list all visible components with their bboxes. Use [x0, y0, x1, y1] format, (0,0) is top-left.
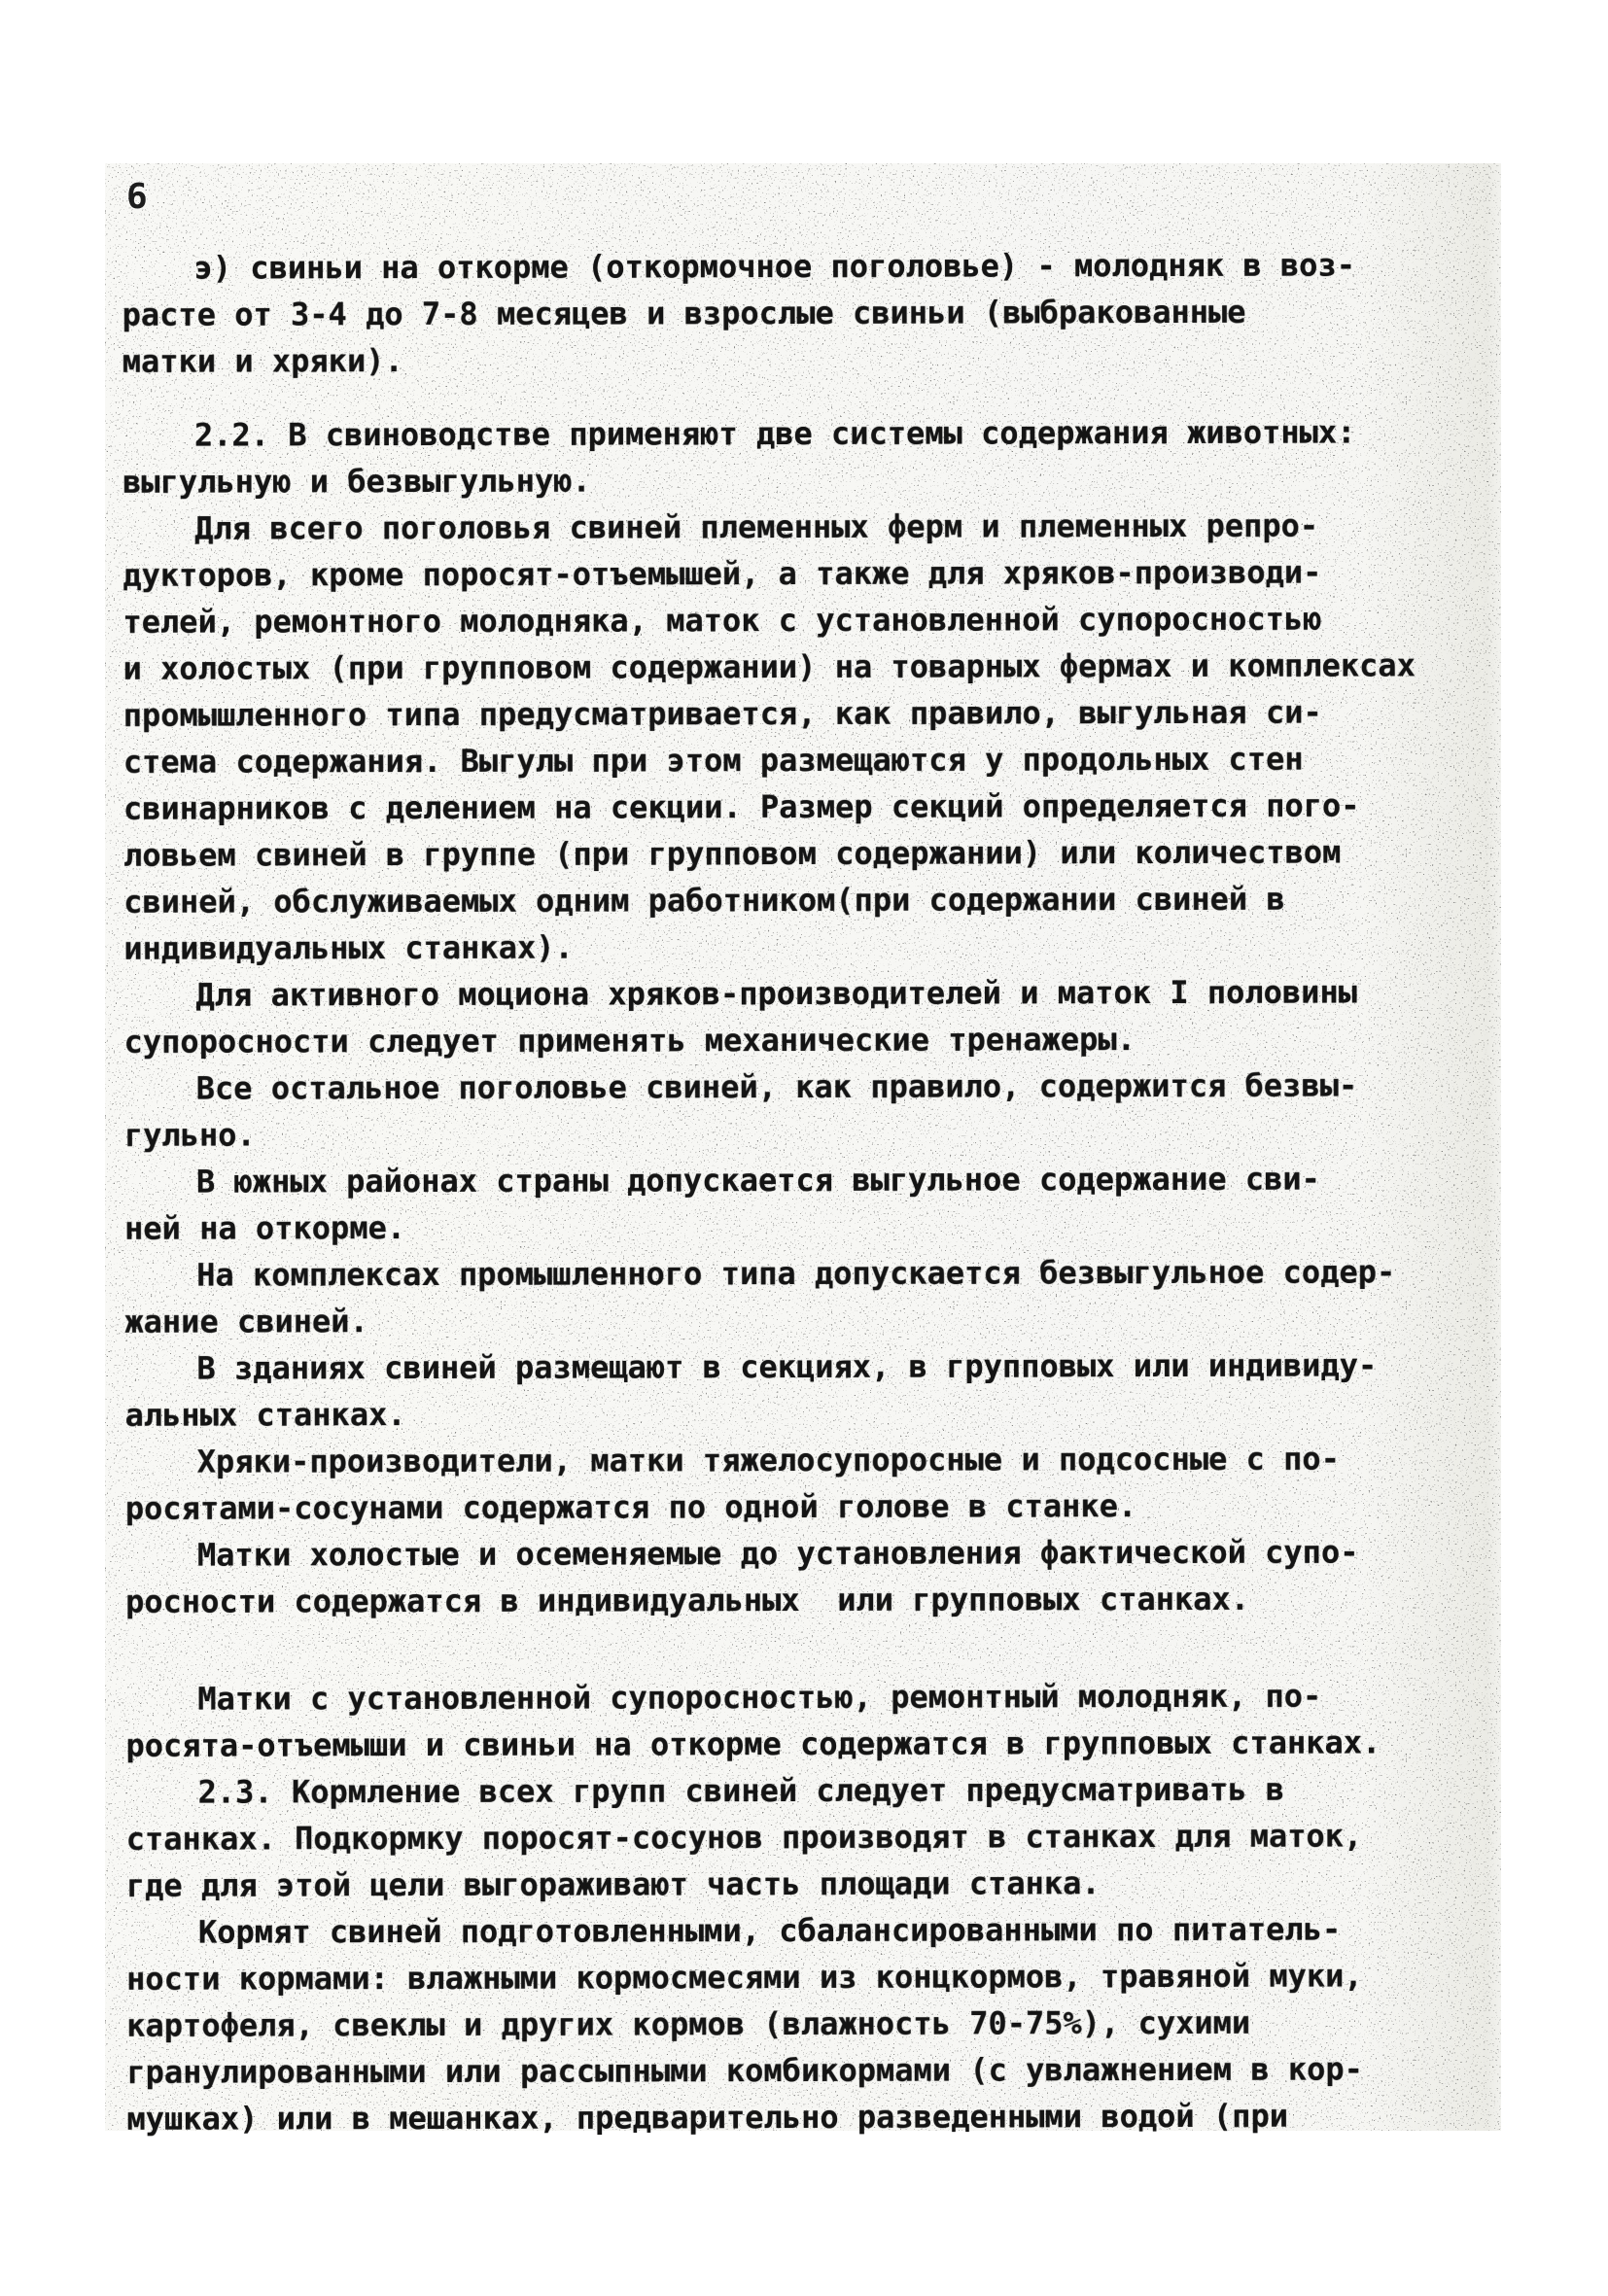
text-line: промышленного типа предусматривается, ка…	[123, 688, 1465, 739]
page-number: 6	[126, 177, 148, 217]
text-line: В зданиях свиней размещают в секциях, в …	[124, 1341, 1466, 1392]
text-line: росности содержатся в индивидуальных или…	[125, 1575, 1467, 1625]
paragraph: Для всего поголовья свиней племенных фер…	[122, 502, 1465, 972]
text-line: Все остальное поголовье свиней, как прав…	[124, 1061, 1466, 1112]
text-line: выгульную и безвыгульную.	[122, 455, 1464, 505]
paragraph: Хряки-производители, матки тяжелосупорос…	[125, 1435, 1467, 1532]
text-line: гульно.	[124, 1108, 1466, 1159]
text-line: Матки с установленной супоросностью, рем…	[125, 1672, 1467, 1722]
text-line: стема содержания. Выгулы при этом размещ…	[123, 735, 1465, 785]
paragraph: Кормят свиней подготовленными, сбалансир…	[126, 1905, 1469, 2142]
text-line: В южных районах страны допускается выгул…	[124, 1155, 1466, 1205]
text-line: свинарников с делением на секции. Размер…	[123, 782, 1465, 832]
paragraph: Матки холостые и осеменяемые до установл…	[125, 1528, 1467, 1625]
text-line: матки и хряки).	[122, 334, 1464, 385]
text-line: э) свиньи на откорме (откормочное поголо…	[122, 241, 1463, 292]
text-line: альных станках.	[125, 1388, 1467, 1439]
text-line: ности кормами: влажными кормосмесями из …	[126, 1952, 1468, 2002]
paragraph: В зданиях свиней размещают в секциях, в …	[124, 1341, 1466, 1439]
text-line: Матки холостые и осеменяемые до установл…	[125, 1528, 1467, 1579]
text-line: жание свиней.	[124, 1295, 1466, 1345]
text-line: мушках) или в мешанках, предварительно р…	[126, 2092, 1468, 2142]
paragraph: э) свиньи на откорме (откормочное поголо…	[122, 241, 1463, 385]
text-line: индивидуальных станках).	[123, 922, 1465, 972]
text-line: росятами-сосунами содержатся по одной го…	[125, 1481, 1467, 1532]
paragraph: В южных районах страны допускается выгул…	[124, 1155, 1466, 1252]
text-line: Кормят свиней подготовленными, сбалансир…	[126, 1905, 1468, 1956]
text-line: телей, ремонтного молодняка, маток с уст…	[122, 595, 1464, 645]
text-line: где для этой цели выгораживают часть пло…	[126, 1859, 1468, 1909]
text-line: 2.3. Кормление всех групп свиней следует…	[126, 1765, 1468, 1816]
text-line: гранулированными или рассыпными комбикор…	[126, 2045, 1468, 2096]
text-line: 2.2. В свиноводстве применяют две систем…	[122, 408, 1464, 459]
paragraph: 2.3. Кормление всех групп свиней следует…	[126, 1765, 1468, 1909]
text-line: Для активного моциона хряков-производите…	[123, 968, 1465, 1019]
scanned-document-page: 6 э) свиньи на откорме (откормочное пого…	[0, 0, 1608, 2296]
paper-sheet: 6 э) свиньи на откорме (откормочное пого…	[105, 163, 1501, 2131]
text-line: картофеля, свеклы и других кормов (влажн…	[126, 1999, 1468, 2049]
text-line: дукторов, кроме поросят-отъемышей, а так…	[122, 548, 1464, 599]
paragraph: Матки с установленной супоросностью, рем…	[125, 1672, 1467, 1769]
text-line: расте от 3-4 до 7-8 месяцев и взрослые с…	[122, 288, 1464, 338]
text-line: станках. Подкормку поросят-сосунов произ…	[126, 1812, 1468, 1862]
text-line: росята-отъемыши и свиньи на откорме соде…	[125, 1719, 1467, 1769]
text-line: и холостых (при групповом содержании) на…	[123, 642, 1465, 692]
paragraph: Все остальное поголовье свиней, как прав…	[124, 1061, 1466, 1159]
text-line: ней на откорме.	[124, 1201, 1466, 1252]
paragraph: 2.2. В свиноводстве применяют две систем…	[122, 408, 1464, 505]
paragraph: Для активного моциона хряков-производите…	[123, 968, 1465, 1065]
paragraph: На комплексах промышленного типа допуска…	[124, 1248, 1466, 1345]
text-line: На комплексах промышленного типа допуска…	[124, 1248, 1466, 1299]
text-line: свиней, обслуживаемых одним работником(п…	[123, 875, 1465, 925]
text-line: Хряки-производители, матки тяжелосупорос…	[125, 1435, 1467, 1485]
text-line: ловьем свиней в группе (при групповом со…	[123, 828, 1465, 879]
text-line: супоросности следует применять механичес…	[124, 1015, 1466, 1065]
document-text: э) свиньи на откорме (откормочное поголо…	[122, 241, 1468, 2142]
text-line: Для всего поголовья свиней племенных фер…	[122, 502, 1464, 552]
